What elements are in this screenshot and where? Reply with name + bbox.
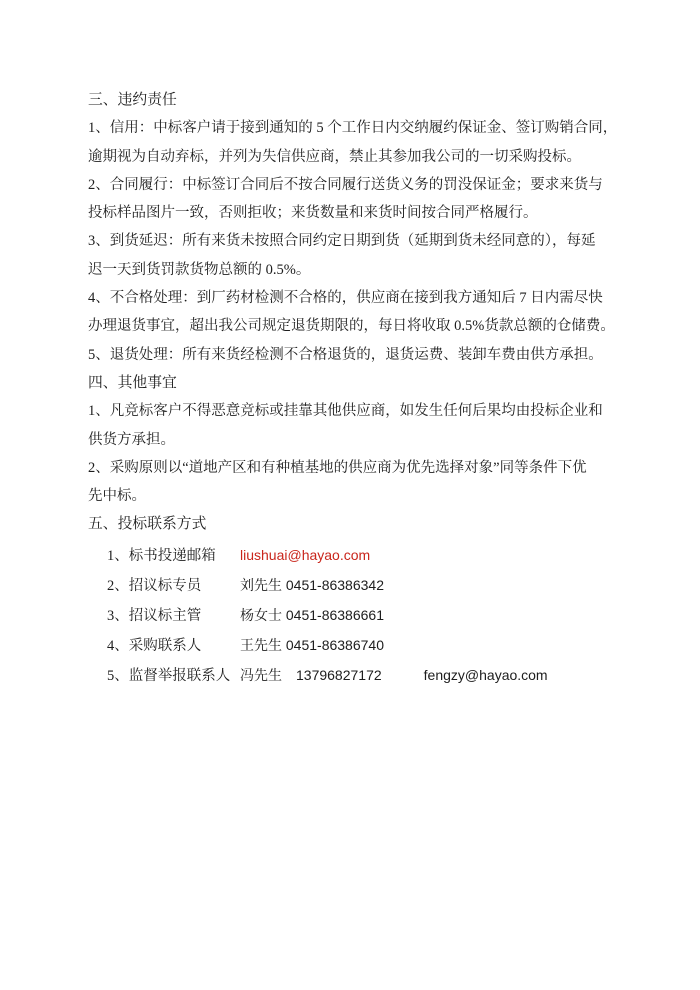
document-page: 三、违约责任 1、信用：中标客户请于接到通知的 5 个工作日内交纳履约保证金、签… bbox=[0, 0, 700, 990]
contact-label: 1、标书投递邮箱 bbox=[107, 541, 240, 571]
contact-label: 5、监督举报联系人 bbox=[107, 661, 240, 691]
contact-name-phone: 王先生 0451-86386740 bbox=[240, 630, 384, 660]
contact-row-bid-mailbox: 1、标书投递邮箱 liushuai@hayao.com bbox=[107, 540, 628, 570]
contact-row-supervision-report: 5、监督举报联系人 冯先生 13796827172 fengzy@hayao.c… bbox=[107, 660, 628, 690]
bid-email-address: liushuai@hayao.com bbox=[240, 540, 370, 570]
contact-list: 1、标书投递邮箱 liushuai@hayao.com 2、招议标专员 刘先生 … bbox=[107, 540, 628, 690]
contact-name-phone: 杨女士 0451-86386661 bbox=[240, 600, 384, 630]
paragraph-contract-performance: 2、合同履行：中标签订合同后不按合同履行送货义务的罚没保证金；要求来货与 投标样… bbox=[88, 171, 628, 228]
paragraph-unqualified-handling: 4、不合格处理：到厂药材检测不合格的，供应商在接到我方通知后 7 日内需尽快 办… bbox=[88, 284, 628, 341]
contact-row-procurement-contact: 4、采购联系人 王先生 0451-86386740 bbox=[107, 630, 628, 660]
contact-label: 3、招议标主管 bbox=[107, 601, 240, 631]
contact-row-bid-supervisor: 3、招议标主管 杨女士 0451-86386661 bbox=[107, 600, 628, 630]
contact-row-bid-specialist: 2、招议标专员 刘先生 0451-86386342 bbox=[107, 570, 628, 600]
document-body: 三、违约责任 1、信用：中标客户请于接到通知的 5 个工作日内交纳履约保证金、签… bbox=[88, 86, 628, 690]
section-heading-other-matters: 四、其他事宜 bbox=[88, 369, 628, 397]
paragraph-credit: 1、信用：中标客户请于接到通知的 5 个工作日内交纳履约保证金、签订购销合同， … bbox=[88, 114, 628, 171]
contact-name-phone: 刘先生 0451-86386342 bbox=[240, 570, 384, 600]
paragraph-return-handling: 5、退货处理：所有来货经检测不合格退货的，退货运费、装卸车费由供方承担。 bbox=[88, 341, 628, 369]
section-heading-breach-liability: 三、违约责任 bbox=[88, 86, 628, 114]
paragraph-delivery-delay: 3、到货延迟：所有来货未按照合同约定日期到货（延期到货未经同意的），每延 迟一天… bbox=[88, 227, 628, 284]
contact-label: 4、采购联系人 bbox=[107, 631, 240, 661]
contact-name-phone: 冯先生 13796827172 bbox=[240, 660, 382, 690]
contact-label: 2、招议标专员 bbox=[107, 571, 240, 601]
paragraph-procurement-principle: 2、采购原则以“道地产区和有种植基地的供应商为优先选择对象”同等条件下优 先中标… bbox=[88, 454, 628, 511]
report-email-address: fengzy@hayao.com bbox=[424, 660, 548, 690]
paragraph-no-malicious-bidding: 1、凡竞标客户不得恶意竞标或挂靠其他供应商，如发生任何后果均由投标企业和 供货方… bbox=[88, 397, 628, 454]
section-heading-contact-info: 五、投标联系方式 bbox=[88, 510, 628, 538]
